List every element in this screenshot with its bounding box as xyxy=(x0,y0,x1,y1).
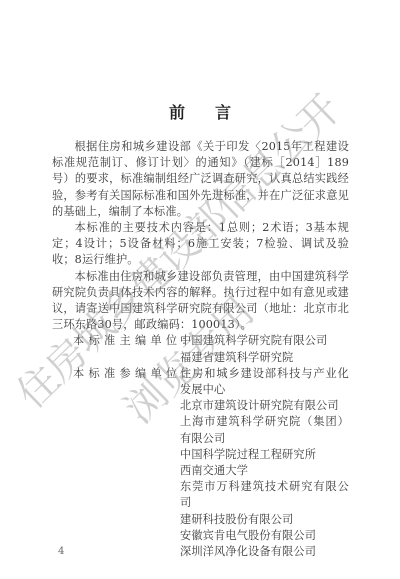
title-char-2: 言 xyxy=(215,100,231,123)
unit-name: 建研科技股份有限公司 xyxy=(180,512,349,528)
unit-name: 北京市建筑设计研究院有限公司 xyxy=(180,398,349,414)
preface-body: 根据住房和城乡建设部《关于印发〈2015年工程建设标准规范制订、修订计划〉的通知… xyxy=(52,139,349,560)
unit-name: 西南交通大学 xyxy=(180,463,349,479)
unit-name: 福建省建筑科学研究院 xyxy=(180,350,349,366)
paragraph-management: 本标准由住房和城乡建设部负责管理，由中国建筑科学研究院负责具体技术内容的解释。执… xyxy=(52,269,349,334)
unit-name: 上海市建筑科学研究院（集团）有限公司 xyxy=(180,414,349,446)
participating-units: 本标准参编单位： 住房和城乡建设部科技与产业化发展中心 北京市建筑设计研究院有限… xyxy=(52,366,349,560)
title-char-1: 前 xyxy=(169,100,185,123)
page-title: 前言 xyxy=(0,100,400,123)
unit-label: 本标准参编单位： xyxy=(52,366,180,560)
page-number: 4 xyxy=(58,546,64,557)
unit-name: 中国建筑科学研究院有限公司 xyxy=(180,333,349,349)
editing-units: 本标准主编单位： 中国建筑科学研究院有限公司 福建省建筑科学研究院 本标准参编单… xyxy=(52,333,349,560)
unit-label: 本标准主编单位： xyxy=(52,333,180,365)
unit-name: 安徽宾肯电气股份有限公司 xyxy=(180,528,349,544)
unit-name: 东莞市万科建筑技术研究有限公司 xyxy=(180,479,349,511)
unit-name: 中国科学院过程工程研究所 xyxy=(180,447,349,463)
chief-editing-units: 本标准主编单位： 中国建筑科学研究院有限公司 福建省建筑科学研究院 xyxy=(52,333,349,365)
unit-name: 住房和城乡建设部科技与产业化发展中心 xyxy=(180,366,349,398)
document-page: 前言 根据住房和城乡建设部《关于印发〈2015年工程建设标准规范制订、修订计划〉… xyxy=(0,0,400,579)
paragraph-basis: 根据住房和城乡建设部《关于印发〈2015年工程建设标准规范制订、修订计划〉的通知… xyxy=(52,139,349,220)
unit-name: 深圳洋风净化设备有限公司 xyxy=(180,544,349,560)
paragraph-contents: 本标准的主要技术内容是：1总则；2术语；3基本规定；4设计；5设备材料；6施工安… xyxy=(52,220,349,269)
